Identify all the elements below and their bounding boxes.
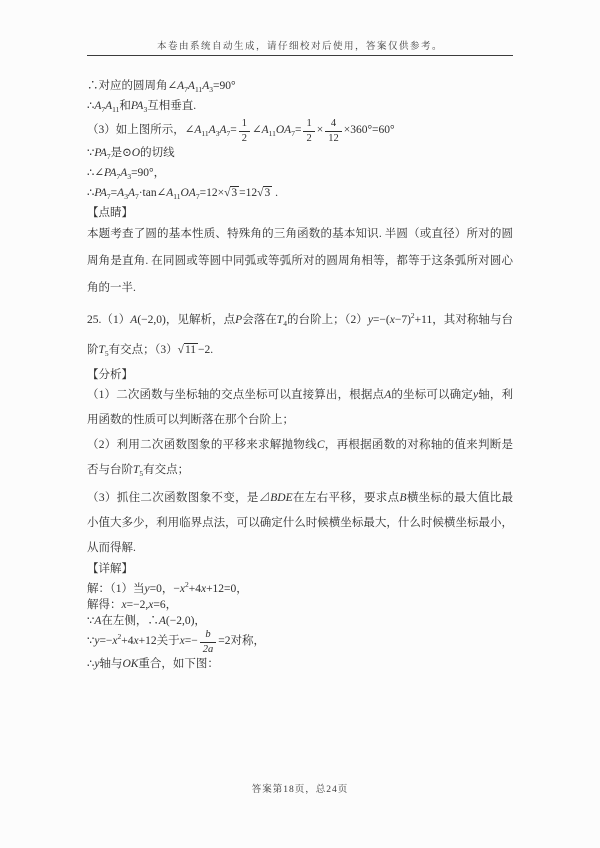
math-variable: y (368, 314, 373, 326)
math-variable: x (122, 599, 127, 611)
solution-line-part3-angle: （3）如上图所示，∠A11A3A7=12∠A11OA7=12×412×360°=… (87, 118, 513, 145)
radicand: 11 (184, 343, 198, 356)
math-variable: x (201, 583, 206, 595)
math-variable: BDE (270, 492, 292, 504)
math-subscript: 4 (283, 319, 287, 328)
math-fraction: 12 (303, 118, 314, 145)
math-subscript: 3 (209, 85, 213, 94)
math-subscript: 7 (226, 129, 230, 138)
math-variable: P (235, 314, 242, 326)
detail-step-1: 解：（1）当y=0，−x2+4x+12=0， (87, 577, 513, 597)
math-variable: B (399, 492, 406, 504)
fraction-numerator: 1 (303, 118, 314, 132)
math-variable: x (390, 314, 395, 326)
math-variable: OA (181, 187, 196, 199)
section-heading-analysis: 【分析】 (87, 367, 513, 383)
math-variable: x (148, 599, 153, 611)
math-variable: A (128, 187, 135, 199)
math-subscript: 3 (143, 105, 147, 114)
fraction-numerator: 1 (239, 118, 250, 132)
math-variable: PA (94, 147, 107, 159)
analysis-item-3: （3）抓住二次函数图象不变，是⊿BDE在左右平移，要求点B横坐标的最大值比最小值… (87, 486, 513, 561)
page-footer: 答案第18页，总24页 (0, 781, 600, 795)
math-variable: PA (94, 187, 107, 199)
math-fraction: b2a (200, 629, 217, 656)
math-variable: A (209, 124, 216, 136)
radicand: 3 (263, 186, 272, 199)
math-subscript: 11 (201, 129, 208, 138)
math-superscript: 2 (185, 580, 189, 589)
solution-line-inscribed-angle: ∴对应的圆周角∠A7A11A3=90° (87, 78, 513, 98)
math-variable: O (132, 147, 140, 159)
solution-line-tangent-length: ∴PA7=A3A7·tan∠A11OA7=12×√3=12√3 . (87, 185, 513, 205)
page-header-note: 本卷由系统自动生成，请仔细校对后使用，答案仅供参考。 (0, 38, 600, 52)
solution-line-tangent-premise: ∵PA7是⊙O的切线 (87, 145, 513, 165)
math-sqrt: √11 (178, 343, 198, 356)
math-subscript: 5 (105, 349, 109, 358)
math-variable: A (262, 124, 269, 136)
math-subscript: 7 (135, 192, 139, 201)
math-variable: x (180, 635, 185, 647)
section-heading-detail: 【详解】 (87, 561, 513, 577)
math-subscript: 7 (196, 192, 200, 201)
math-variable: OA (276, 124, 291, 136)
math-subscript: 7 (107, 192, 111, 201)
math-subscript: 11 (173, 192, 180, 201)
detail-step-3: ∵A在左侧，∴A(−2,0)， (87, 613, 513, 629)
math-variable: y (473, 389, 478, 401)
document-content: ∴对应的圆周角∠A7A11A3=90° ∴A7A11和PA3互相垂直. （3）如… (87, 78, 513, 672)
math-subscript: 3 (127, 172, 131, 181)
math-fraction: 12 (239, 118, 250, 145)
solution-line-perpendicular: ∴A7A11和PA3互相垂直. (87, 98, 513, 118)
math-sqrt: √3 (257, 186, 272, 199)
math-subscript: 11 (269, 129, 276, 138)
fraction-numerator: b (200, 629, 217, 643)
math-superscript: 2 (411, 311, 415, 320)
math-variable: y (145, 583, 150, 595)
fraction-denominator: 2a (200, 643, 217, 656)
math-variable: A (188, 80, 195, 92)
math-variable: A (130, 314, 137, 326)
math-variable: y (94, 635, 99, 647)
math-variable: y (94, 658, 99, 670)
math-subscript: 5 (139, 469, 143, 478)
math-subscript: 7 (291, 129, 295, 138)
math-subscript: 7 (107, 152, 111, 161)
math-fraction: 412 (325, 118, 342, 145)
math-variable: PA (104, 167, 117, 179)
detail-step-2: 解得：x=−2,x=6， (87, 597, 513, 613)
problem25-answer-line: 25.（1）A(−2,0)，见解析，点P会落在T4的台阶上；（2）y=−(x−7… (87, 302, 513, 367)
analysis-item-1: （1）二次函数与坐标轴的交点坐标可以直接算出，根据点A的坐标可以确定y轴，利用函… (87, 383, 513, 433)
solution-line-right-angle: ∴∠PA7A3=90°， (87, 165, 513, 185)
math-variable: OK (122, 658, 138, 670)
highlight-paragraph: 本题考查了圆的基本性质、特殊角的三角函数的基本知识. 半圆（或直径）所对的圆周角… (87, 221, 513, 302)
detail-step-4: ∵y=−x2+4x+12关于x=−b2a=2对称， (87, 629, 513, 656)
math-superscript: 2 (118, 632, 122, 641)
detail-step-5: ∴y轴与OK重合，如下图： (87, 656, 513, 672)
radicand: 3 (230, 186, 239, 199)
math-variable: C (317, 439, 325, 451)
header-divider (87, 55, 513, 56)
fraction-denominator: 2 (239, 132, 250, 145)
math-sqrt: √3 (224, 186, 239, 199)
math-variable: x (134, 635, 139, 647)
fraction-denominator: 12 (325, 132, 342, 145)
fraction-numerator: 4 (325, 118, 342, 132)
math-variable: A (384, 389, 391, 401)
fraction-denominator: 2 (303, 132, 314, 145)
math-subscript: 11 (112, 105, 119, 114)
analysis-item-2: （2）利用二次函数图象的平移来求解抛物线C，再根据函数的对称轴的值来判断是否与台… (87, 433, 513, 486)
math-variable: PA (131, 100, 144, 112)
math-variable: A (94, 615, 101, 627)
section-heading-highlight: 【点睛】 (87, 205, 513, 221)
math-variable: A (159, 615, 166, 627)
document-page: 本卷由系统自动生成，请仔细校对后使用，答案仅供参考。 ∴对应的圆周角∠A7A11… (0, 0, 600, 848)
